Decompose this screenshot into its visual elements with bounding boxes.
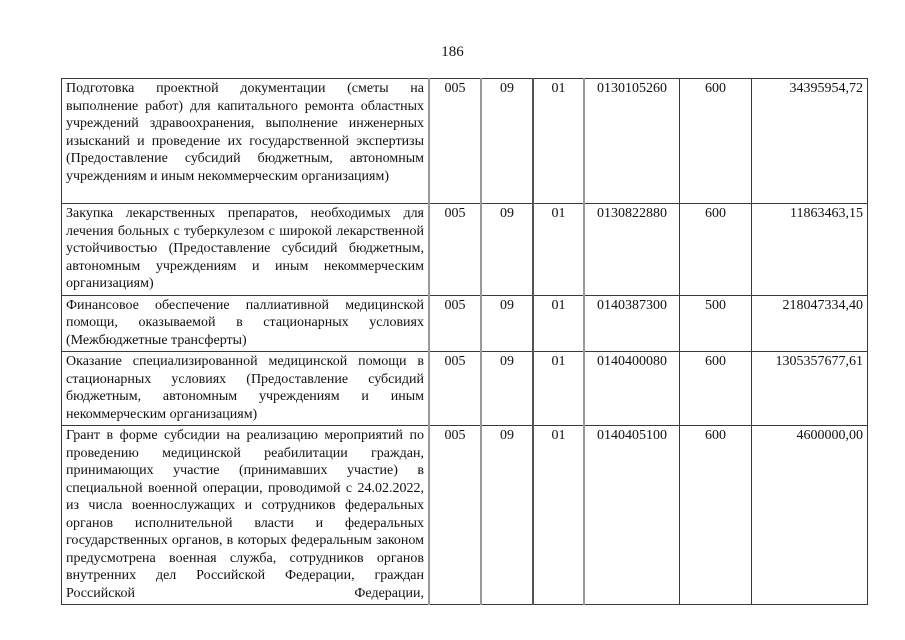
expense-type-code: 600 (680, 352, 752, 426)
subsection-code: 01 (533, 426, 584, 605)
target-article-code: 0140400080 (584, 352, 680, 426)
amount: 34395954,72 (752, 79, 868, 204)
subsection-code: 01 (533, 204, 584, 296)
row-description: Подготовка проектной документации (сметы… (62, 79, 430, 204)
table-row: Закупка лекарственных препаратов, необхо… (62, 204, 868, 296)
section-code: 09 (481, 79, 533, 204)
department-code: 005 (429, 426, 481, 605)
budget-table: Подготовка проектной документации (сметы… (61, 78, 868, 605)
target-article-code: 0130822880 (584, 204, 680, 296)
expense-type-code: 600 (680, 426, 752, 605)
section-code: 09 (481, 295, 533, 352)
department-code: 005 (429, 352, 481, 426)
row-description: Финансовое обеспечение паллиативной меди… (62, 295, 430, 352)
target-article-code: 0140405100 (584, 426, 680, 605)
target-article-code: 0130105260 (584, 79, 680, 204)
amount: 4600000,00 (752, 426, 868, 605)
amount: 1305357677,61 (752, 352, 868, 426)
table-row: Оказание специализированной медицинской … (62, 352, 868, 426)
table-row: Грант в форме субсидии на реализацию мер… (62, 426, 868, 605)
page-number: 186 (0, 44, 905, 61)
section-code: 09 (481, 352, 533, 426)
section-code: 09 (481, 426, 533, 605)
section-code: 09 (481, 204, 533, 296)
subsection-code: 01 (533, 79, 584, 204)
row-description: Оказание специализированной медицинской … (62, 352, 430, 426)
expense-type-code: 600 (680, 204, 752, 296)
table-row: Подготовка проектной документации (сметы… (62, 79, 868, 204)
table-row: Финансовое обеспечение паллиативной меди… (62, 295, 868, 352)
expense-type-code: 600 (680, 79, 752, 204)
department-code: 005 (429, 204, 481, 296)
target-article-code: 0140387300 (584, 295, 680, 352)
amount: 218047334,40 (752, 295, 868, 352)
row-description: Грант в форме субсидии на реализацию мер… (62, 426, 430, 605)
expense-type-code: 500 (680, 295, 752, 352)
row-description: Закупка лекарственных препаратов, необхо… (62, 204, 430, 296)
department-code: 005 (429, 295, 481, 352)
subsection-code: 01 (533, 295, 584, 352)
subsection-code: 01 (533, 352, 584, 426)
amount: 11863463,15 (752, 204, 868, 296)
department-code: 005 (429, 79, 481, 204)
